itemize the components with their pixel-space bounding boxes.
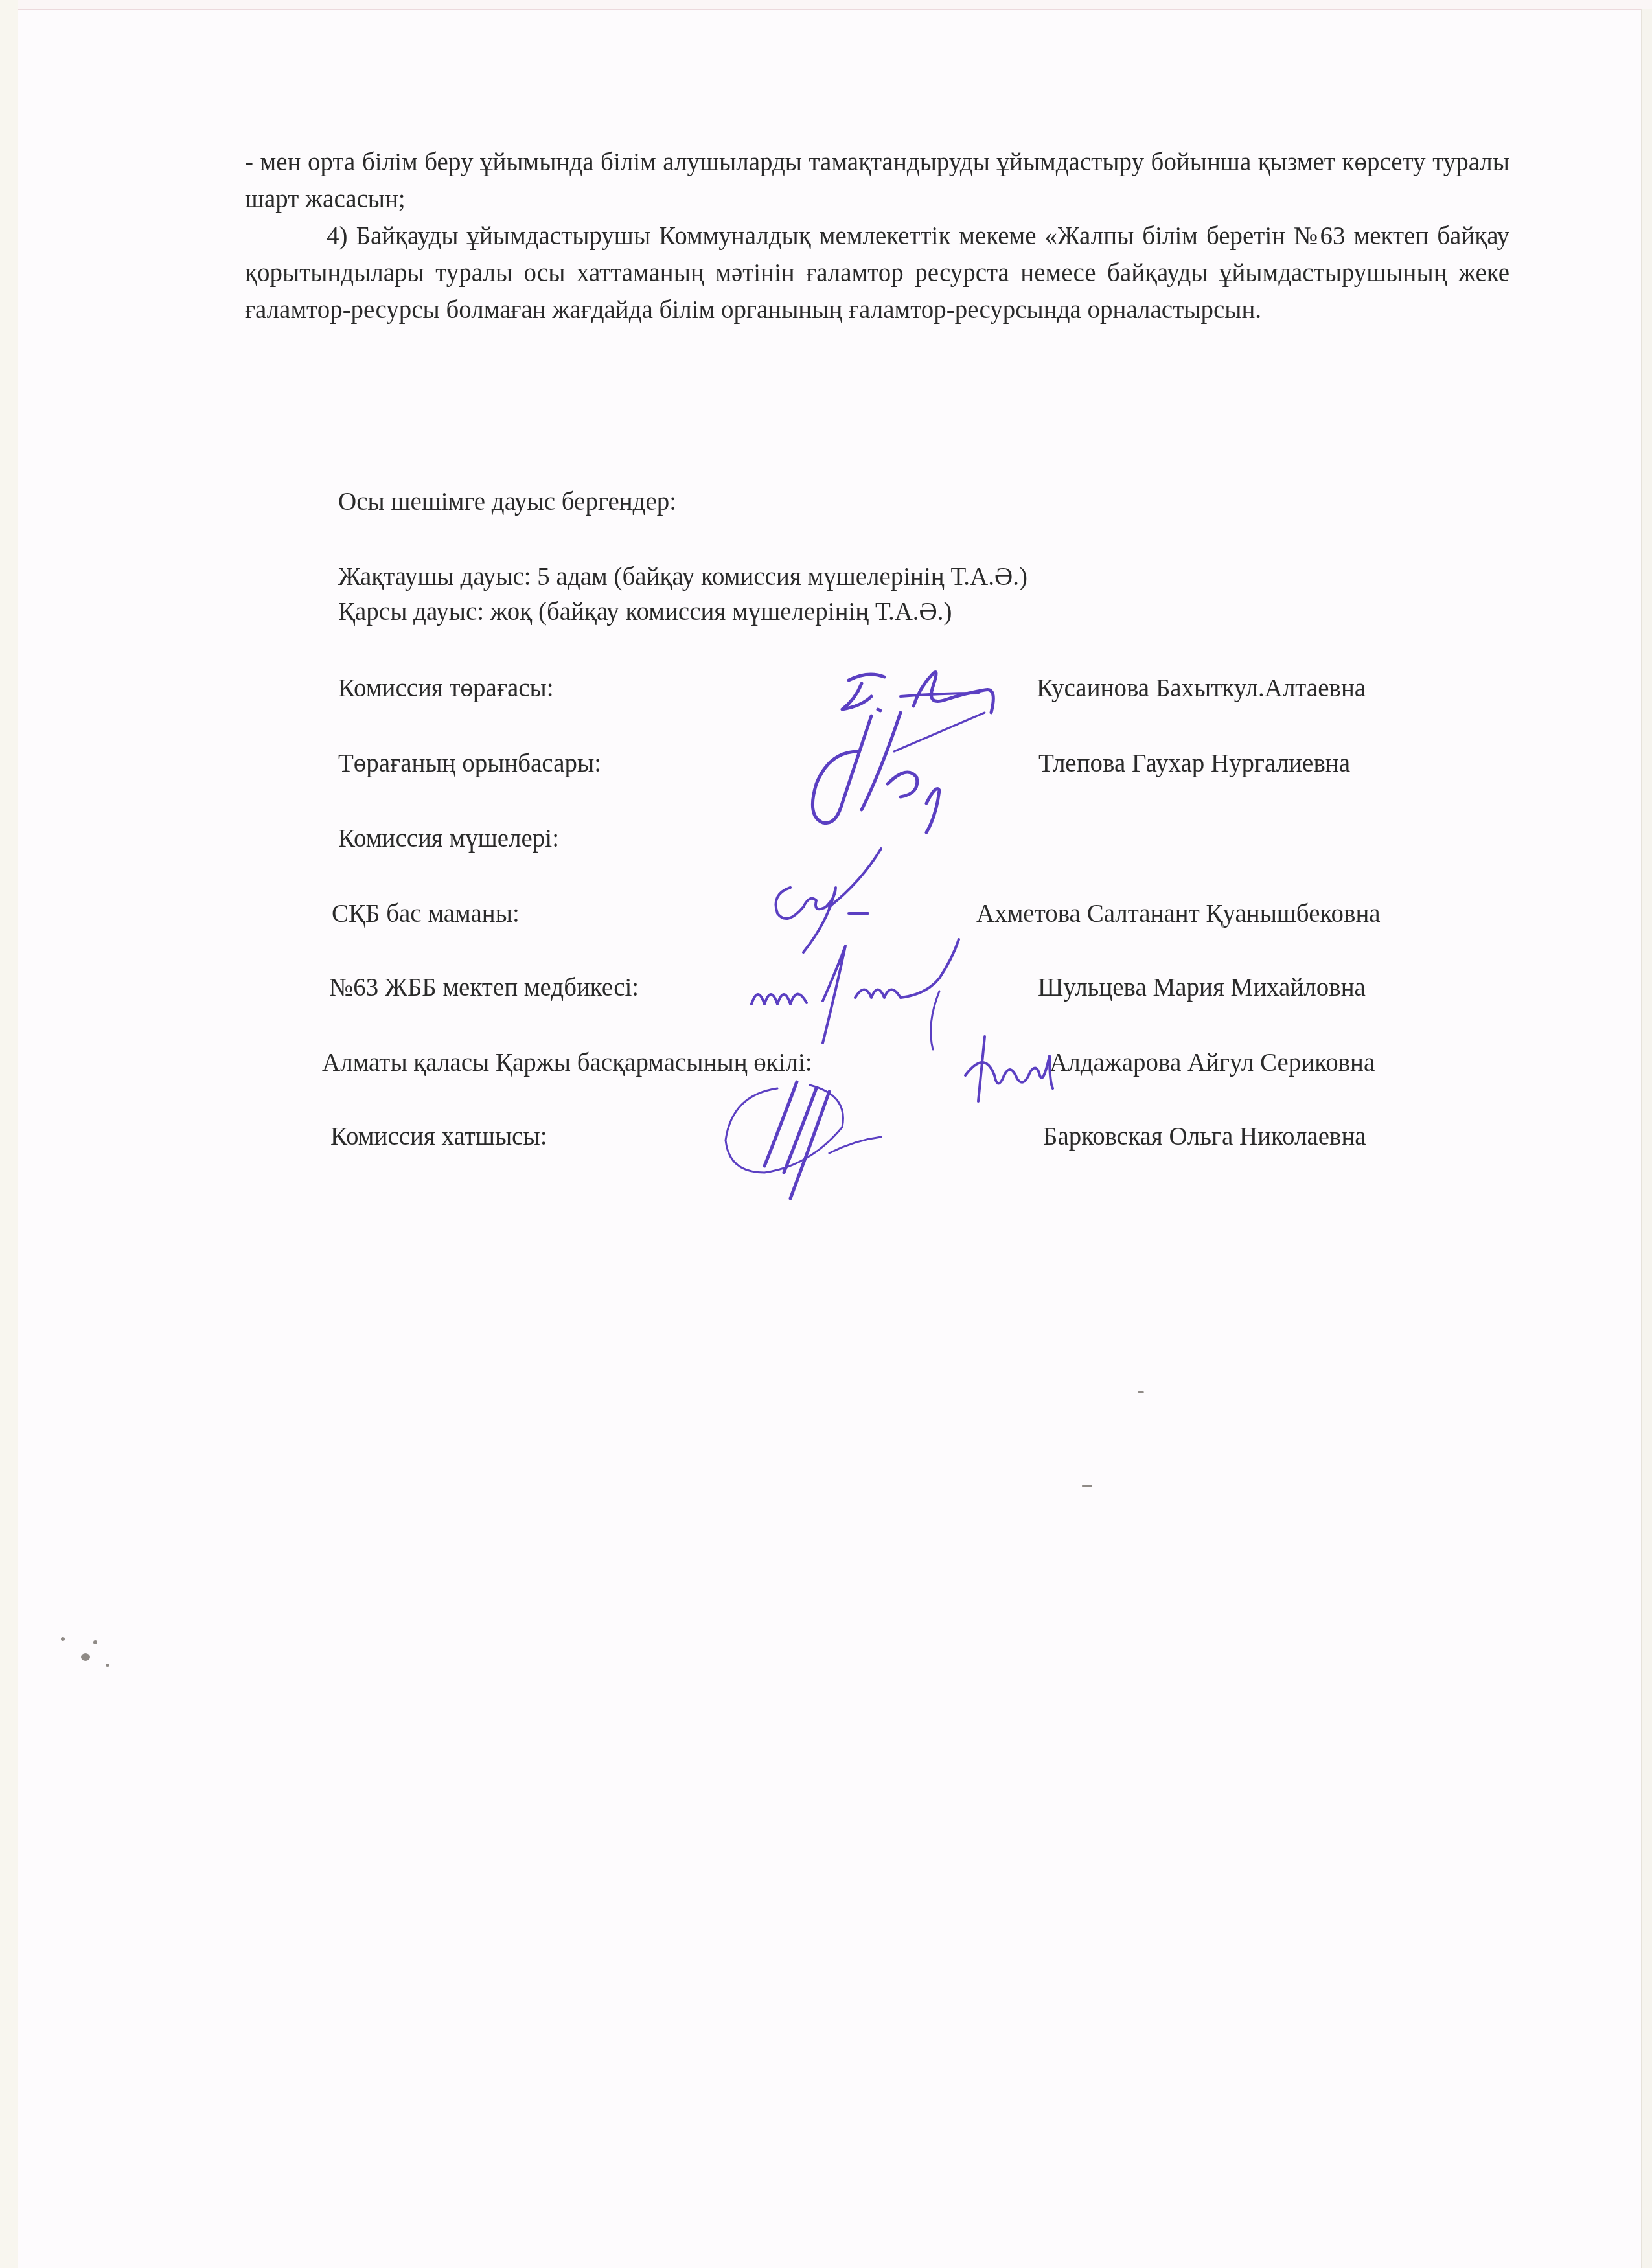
signature-member-finance-icon — [959, 1030, 1062, 1114]
role-secretary: Комиссия хатшысы: — [330, 1122, 547, 1152]
signature-member-skb-icon — [764, 842, 972, 965]
name-member-skb: Ахметова Салтанант Қуанышбековна — [976, 899, 1381, 929]
voting-heading: Осы шешімге дауыс бергендер: — [338, 487, 676, 517]
role-deputy-chair: Төрағаның орынбасары: — [338, 749, 601, 779]
scan-speck — [1138, 1391, 1144, 1393]
name-chair: Кусаинова Бахыткул.Алтаевна — [1037, 674, 1366, 704]
name-secretary: Барковская Ольга Николаевна — [1043, 1122, 1366, 1152]
name-member-nurse: Шульцева Мария Михайловна — [1038, 973, 1366, 1003]
scan-edge-left — [0, 0, 18, 2268]
scan-speck — [61, 1637, 65, 1641]
role-member-finance: Алматы қаласы Қаржы басқармасының өкілі: — [322, 1048, 812, 1078]
votes-against: Қарсы дауыс: жоқ (байқау комиссия мүшеле… — [338, 597, 952, 627]
signature-member-nurse-icon — [745, 933, 1056, 1062]
name-deputy-chair: Тлепова Гаухар Нургалиевна — [1038, 749, 1350, 779]
name-member-finance: Алдажарова Айгул Сериковна — [1050, 1048, 1375, 1078]
scan-edge-top — [0, 0, 1652, 10]
paragraph-continuation: - мен орта білім беру ұйымында білім алу… — [245, 144, 1509, 218]
signature-secretary-icon — [713, 1075, 907, 1205]
role-chair: Комиссия төрағасы: — [338, 674, 554, 704]
scan-speck — [81, 1653, 90, 1661]
role-members: Комиссия мүшелері: — [338, 824, 559, 854]
role-member-skb: СҚБ бас маманы: — [332, 899, 520, 929]
scan-edge-right — [1641, 9, 1652, 2268]
document-body: - мен орта білім беру ұйымында білім алу… — [245, 144, 1509, 328]
scan-speck — [106, 1664, 109, 1667]
signature-chair-icon — [836, 661, 1017, 732]
scan-speck — [1082, 1485, 1092, 1487]
signature-deputy-chair-icon — [797, 706, 991, 836]
scan-speck — [93, 1640, 97, 1644]
role-member-nurse: №63 ЖББ мектеп медбикесі: — [329, 973, 639, 1003]
votes-for: Жақтаушы дауыс: 5 адам (байқау комиссия … — [338, 562, 1027, 592]
paragraph-4: 4) Байқауды ұйымдастырушы Коммуналдық ме… — [245, 218, 1509, 328]
